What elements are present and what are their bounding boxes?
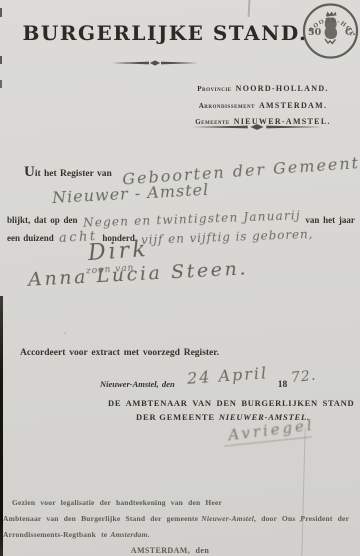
mother-name-line: Anna Lucia Steen. bbox=[28, 263, 248, 285]
day-month-handwritten: 24 April bbox=[186, 363, 268, 388]
legalisation-line2-prefix: Ambtenaar van den Burgerlijke Stand der … bbox=[3, 514, 198, 523]
legalisation-city-line: AMSTERDAM, den bbox=[0, 540, 340, 556]
arrondissement-line: Arrondissement AMSTERDAM. bbox=[190, 97, 336, 114]
left-edge-tick-1 bbox=[0, 8, 2, 17]
document-scan: BURGERLIJKE STAND. NOORD-HOLLAND 50 C. P… bbox=[0, 0, 360, 556]
legalisation-city-name: Amsterdam bbox=[110, 530, 147, 539]
left-edge-tick-2 bbox=[0, 56, 2, 64]
intro-printed-text: it het Register van bbox=[35, 169, 112, 179]
official-title-line1: DE AMBTENAAR VAN DEN BURGERLIJKEN STAND bbox=[108, 398, 354, 408]
stamp-denomination-right: C. bbox=[345, 27, 356, 38]
revenue-stamp: NOORD-HOLLAND 50 C. bbox=[301, 1, 360, 62]
place-printed: Nieuwer-Amstel, den bbox=[100, 379, 175, 389]
document-title-row: BURGERLIJKE STAND. bbox=[0, 21, 345, 45]
amsterdam-den-text: AMSTERDAM, den bbox=[131, 546, 209, 555]
paper-speck-2 bbox=[64, 332, 66, 334]
register-gemeente-line: Nieuwer - Amstel bbox=[52, 184, 209, 204]
birth-date-line: blijkt, dat op den Negen en twintigsten … bbox=[7, 210, 355, 228]
stamp-denomination-left: 50 bbox=[308, 27, 322, 38]
duizend-printed: een duizend bbox=[7, 233, 54, 243]
century-printed: 18 bbox=[278, 380, 288, 390]
mother-name-handwritten: Anna Lucia Steen. bbox=[28, 257, 249, 290]
left-edge-tick-3 bbox=[0, 80, 2, 88]
paper-speck-1 bbox=[299, 520, 302, 522]
province-value: NOORD-HOLLAND. bbox=[236, 84, 329, 93]
intro-dropcap: U bbox=[24, 164, 35, 180]
legalisation-gemeente-name: Nieuwer-Amstel bbox=[201, 514, 254, 523]
title-divider bbox=[112, 59, 198, 67]
birth-date-handwritten: Negen en twintigsten Januarij bbox=[82, 208, 300, 230]
province-line: Provincie NOORD-HOLLAND. bbox=[190, 80, 336, 97]
blijkt-printed: blijkt, dat op den bbox=[7, 215, 78, 225]
legalisation-line3-prefix: Arrondissements-Regtbank te bbox=[3, 530, 107, 539]
register-intro-line: Uit het Register van Geboorten der Gemee… bbox=[24, 161, 360, 181]
birth-year-line: een duizend acht honderd vijf en vijftig… bbox=[7, 228, 313, 246]
gemeente-handwritten: Nieuwer - Amstel bbox=[52, 180, 210, 207]
birth-year-handwritten: vijf en vijftig is geboren, bbox=[141, 227, 314, 247]
stamp-lion-emblem bbox=[325, 12, 338, 44]
year-handwritten: 72. bbox=[291, 368, 318, 387]
accord-line: Accordeert voor extract met voorzegd Reg… bbox=[20, 342, 219, 360]
jurisdiction-divider bbox=[191, 123, 323, 131]
accord-printed: Accordeert voor extract met voorzegd Reg… bbox=[20, 348, 219, 358]
legalisation-line1-text: Gezien voor legalisatie der handteekenin… bbox=[12, 498, 222, 507]
signature-handwritten: Avriegel bbox=[227, 416, 315, 444]
document-title: BURGERLIJKE STAND. bbox=[22, 21, 307, 45]
arrondissement-value: AMSTERDAM. bbox=[259, 101, 327, 110]
legalisation-line3-suffix: . bbox=[148, 530, 150, 539]
top-fold-crease bbox=[248, 0, 250, 17]
arrondissement-label: Arrondissement bbox=[199, 102, 255, 110]
bottom-right-crease bbox=[301, 428, 305, 556]
jaar-printed: van het jaar bbox=[305, 215, 355, 225]
signature: Avriegel bbox=[228, 421, 315, 440]
official-title-line2-prefix: DER GEMEENTE bbox=[136, 412, 215, 422]
date-line: Nieuwer-Amstel, den 24 April 18 72. bbox=[100, 366, 317, 386]
province-label: Provincie bbox=[197, 85, 231, 93]
